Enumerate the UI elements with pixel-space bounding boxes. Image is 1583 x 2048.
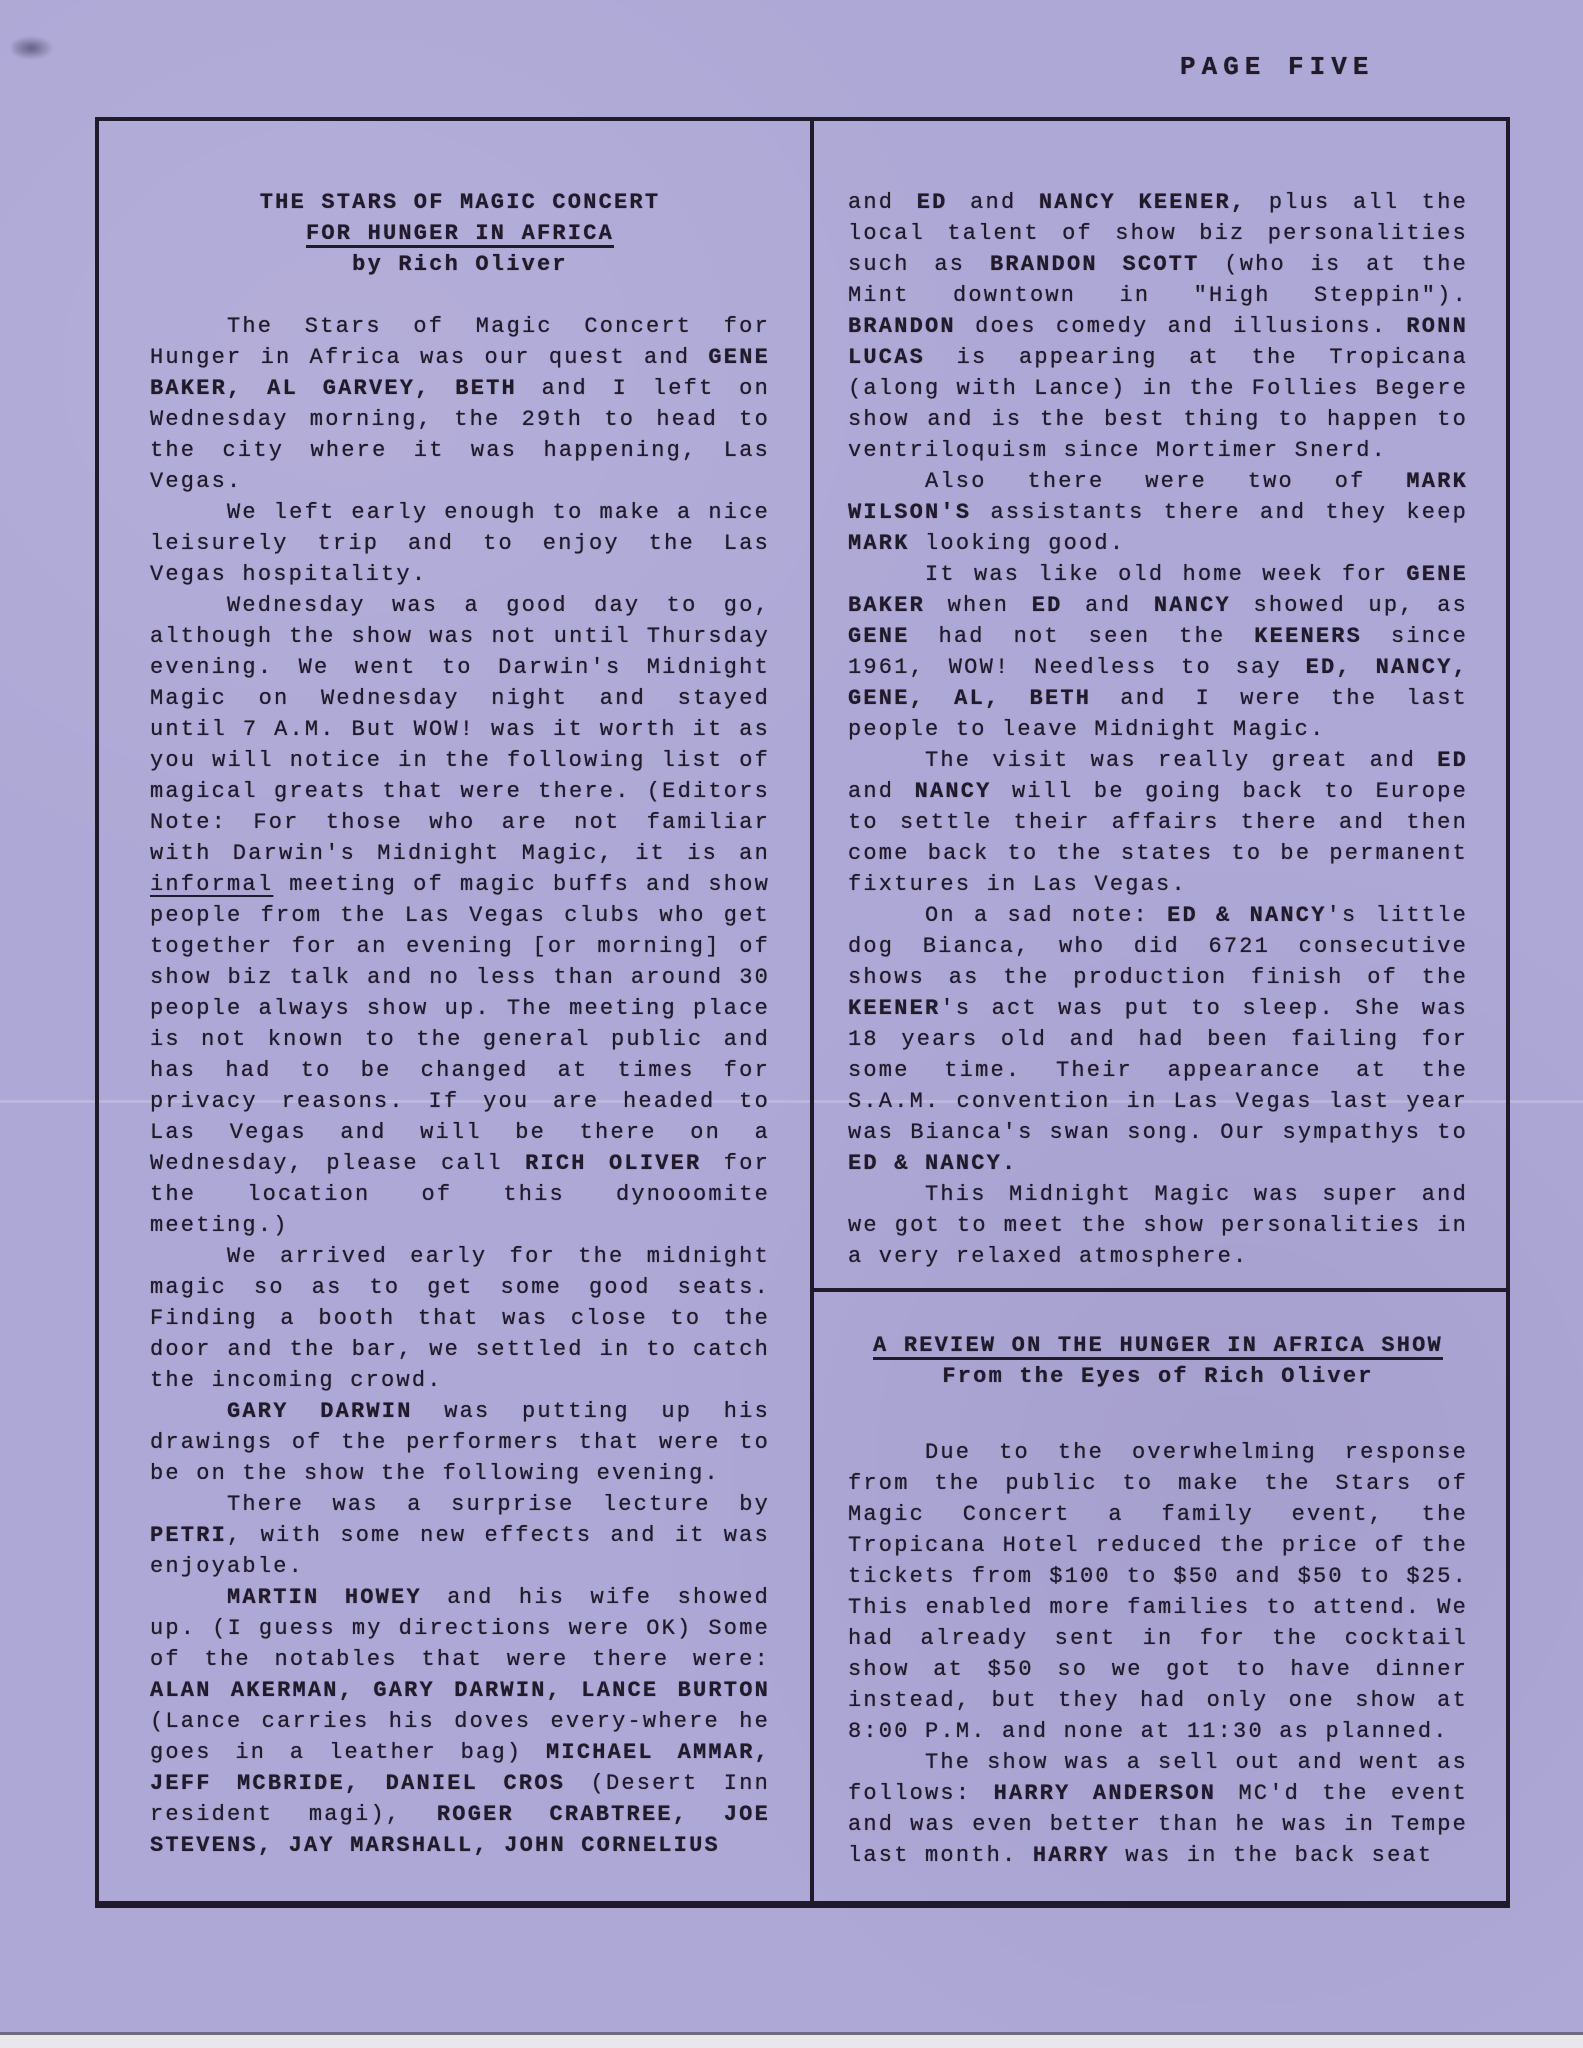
text-segment: KEENER bbox=[848, 996, 940, 1021]
text-segment: KEENERS bbox=[1254, 624, 1362, 649]
text-segment: BRANDON SCOTT bbox=[990, 252, 1200, 277]
scanner-edge-artifact bbox=[0, 2032, 1583, 2048]
text-segment: assistants there and they keep bbox=[971, 500, 1468, 525]
text-segment: HARRY ANDERSON bbox=[994, 1781, 1217, 1806]
paragraph: There was a surprise lecture by PETRI, w… bbox=[150, 1489, 770, 1582]
text-segment: does comedy and illusions. bbox=[956, 314, 1407, 339]
text-segment: The visit was really great and bbox=[925, 748, 1437, 773]
article-heading: A REVIEW ON THE HUNGER IN AFRICA SHOWFro… bbox=[848, 1330, 1468, 1392]
text-segment: On a sad note: bbox=[925, 903, 1167, 928]
text-segment: GENE bbox=[848, 624, 910, 649]
text-segment: BRANDON bbox=[848, 314, 956, 339]
text-segment: meeting of magic buffs and show people f… bbox=[150, 872, 770, 1176]
paragraph: GARY DARWIN was putting up his drawings … bbox=[150, 1396, 770, 1489]
left-column-stars-of-magic-article: THE STARS OF MAGIC CONCERTFOR HUNGER IN … bbox=[150, 187, 770, 1861]
text-segment: MARK bbox=[848, 531, 910, 556]
text-segment: It was like old home week for bbox=[925, 562, 1406, 587]
paragraph: Also there were two of MARK WILSON'S ass… bbox=[848, 466, 1468, 559]
heading-line: by Rich Oliver bbox=[150, 249, 770, 280]
text-segment: NANCY bbox=[1154, 593, 1231, 618]
heading-line: FOR HUNGER IN AFRICA bbox=[150, 218, 770, 249]
section-divider-line bbox=[810, 1288, 1506, 1292]
heading-line: A REVIEW ON THE HUNGER IN AFRICA SHOW bbox=[848, 1330, 1468, 1361]
text-segment: NANCY bbox=[915, 779, 992, 804]
paragraph: MARTIN HOWEY and his wife showed up. (I … bbox=[150, 1582, 770, 1861]
article-heading: THE STARS OF MAGIC CONCERTFOR HUNGER IN … bbox=[150, 187, 770, 280]
text-segment: Wednesday was a good day to go, although… bbox=[150, 593, 770, 866]
column-divider-line bbox=[810, 121, 814, 1901]
paragraph: The show was a sell out and went as foll… bbox=[848, 1747, 1468, 1871]
paragraph: The Stars of Magic Concert for Hunger in… bbox=[150, 311, 770, 497]
text-segment: Also there were two of bbox=[925, 469, 1406, 494]
text-segment: showed up, as bbox=[1231, 593, 1468, 618]
text-segment: ED & NANCY. bbox=[848, 1151, 1017, 1176]
text-segment: was in the back seat bbox=[1110, 1843, 1433, 1868]
text-segment: We arrived early for the midnight magic … bbox=[150, 1244, 770, 1393]
text-segment: We left early enough to make a nice leis… bbox=[150, 500, 770, 587]
heading-line: THE STARS OF MAGIC CONCERT bbox=[150, 187, 770, 218]
paragraph: Due to the overwhelming response from th… bbox=[848, 1437, 1468, 1747]
text-segment: HARRY bbox=[1033, 1843, 1110, 1868]
text-segment: The Stars of Magic Concert for Hunger in… bbox=[150, 314, 770, 370]
paragraph: and ED and NANCY KEENER, plus all the lo… bbox=[848, 187, 1468, 466]
text-segment: MARTIN HOWEY bbox=[227, 1585, 422, 1610]
page-number-label: PAGE FIVE bbox=[1180, 52, 1374, 82]
text-segment: PETRI bbox=[150, 1523, 227, 1548]
scanned-newsletter-page: { "page": { "label": "PAGE FIVE", "color… bbox=[0, 0, 1583, 2048]
text-segment: ED bbox=[1437, 748, 1468, 773]
text-segment: ED bbox=[1032, 593, 1063, 618]
text-segment: RICH OLIVER bbox=[525, 1151, 701, 1176]
scan-smudge-artifact bbox=[12, 36, 54, 60]
text-segment: and bbox=[848, 190, 917, 215]
text-segment: NANCY KEENER, bbox=[1039, 190, 1246, 215]
paragraph: This Midnight Magic was super and we got… bbox=[848, 1179, 1468, 1272]
text-segment: is appearing at the Tropicana (along wit… bbox=[848, 345, 1468, 463]
right-column-article-continuation: and ED and NANCY KEENER, plus all the lo… bbox=[848, 187, 1468, 1272]
text-segment: ED & NANCY bbox=[1167, 903, 1327, 928]
heading-line: From the Eyes of Rich Oliver bbox=[848, 1361, 1468, 1392]
text-segment: and bbox=[1063, 593, 1154, 618]
text-segment: and bbox=[848, 779, 915, 804]
paragraph: We arrived early for the midnight magic … bbox=[150, 1241, 770, 1396]
paragraph: On a sad note: ED & NANCY's little dog B… bbox=[848, 900, 1468, 1179]
text-segment: 's act was put to sleep. She was 18 year… bbox=[848, 996, 1468, 1145]
text-segment: This Midnight Magic was super and we got… bbox=[848, 1182, 1468, 1269]
text-segment: informal bbox=[150, 872, 273, 897]
text-segment: ALAN AKERMAN, GARY DARWIN, LANCE BURTON bbox=[150, 1678, 770, 1703]
text-segment: GARY DARWIN bbox=[227, 1399, 413, 1424]
paragraph: Wednesday was a good day to go, although… bbox=[150, 590, 770, 1241]
text-segment: ED bbox=[917, 190, 948, 215]
paragraph: It was like old home week for GENE BAKER… bbox=[848, 559, 1468, 745]
right-column-review-article: A REVIEW ON THE HUNGER IN AFRICA SHOWFro… bbox=[848, 1330, 1468, 1871]
text-segment: There was a surprise lecture by bbox=[227, 1492, 770, 1517]
paragraph: We left early enough to make a nice leis… bbox=[150, 497, 770, 590]
text-segment: and bbox=[948, 190, 1039, 215]
text-segment: when bbox=[925, 593, 1032, 618]
paragraph: The visit was really great and ED and NA… bbox=[848, 745, 1468, 900]
text-segment: looking good. bbox=[910, 531, 1126, 556]
article-frame: THE STARS OF MAGIC CONCERTFOR HUNGER IN … bbox=[95, 117, 1510, 1908]
text-segment: , with some new effects and it was enjoy… bbox=[150, 1523, 770, 1579]
text-segment: Due to the overwhelming response from th… bbox=[848, 1440, 1468, 1744]
text-segment: had not seen the bbox=[910, 624, 1255, 649]
